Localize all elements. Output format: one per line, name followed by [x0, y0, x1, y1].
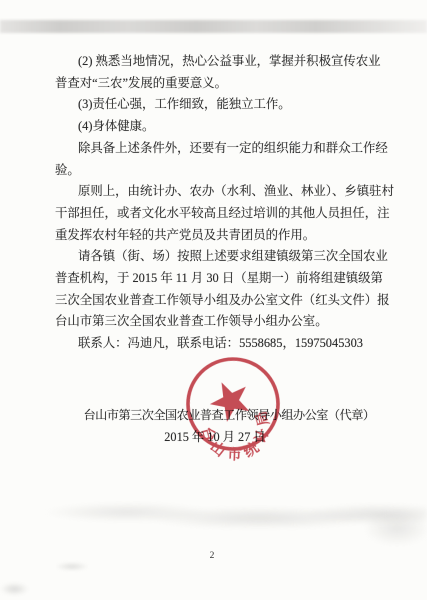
page-number: 2 — [200, 551, 224, 561]
document-line: 普查机构，于 2015 年 11 月 30 日（星期一）前将组建镇级第 — [55, 268, 396, 290]
official-seal: 台山市统计局 — [158, 329, 307, 478]
document-line: 普查对“三农”发展的重要意义。 — [55, 73, 396, 95]
document-line: 重发挥农村年轻的共产党员及共青团员的作用。 — [55, 225, 396, 247]
document-line: (2) 熟悉当地情况，热心公益事业，掌握并积极宣传农业 — [55, 51, 419, 73]
scan-artifact-top-band — [0, 20, 427, 33]
seal-star-icon — [204, 374, 257, 426]
document-line: 除具备上述条件外，还要有一定的组织能力和群众工作经 — [55, 138, 419, 160]
document-line: (4)身体健康。 — [55, 116, 419, 138]
document-line: 验。 — [55, 160, 396, 182]
document-line: 三次全国农业普查工作领导小组及办公室文件（红头文件）报 — [55, 290, 396, 312]
document-line: 干部担任，或者文化水平较高且经过培训的其他人员担任，注 — [55, 203, 396, 225]
svg-text:台山市统计局: 台山市统计局 — [196, 409, 276, 468]
document-line: (3)责任心强，工作细致，能独立工作。 — [55, 94, 419, 116]
document-line: 原则上，由统计办、农办（水利、渔业、林业）、乡镇驻村 — [55, 181, 419, 203]
document-line: 台山市第三次全国农业普查工作领导小组办公室。 — [55, 311, 396, 333]
document-line: 请各镇（街、场）按照上述要求组建镇级第三次全国农业 — [55, 246, 419, 268]
seal-text: 台山市统计局 — [196, 409, 276, 468]
scanned-document-page: (2) 熟悉当地情况，热心公益事业，掌握并积极宣传农业普查对“三农”发展的重要意… — [0, 0, 427, 600]
scan-artifact-corner-smudge — [0, 580, 48, 595]
scan-artifact-small-smudge — [55, 562, 89, 571]
scan-artifact-right-smudge — [352, 505, 427, 563]
